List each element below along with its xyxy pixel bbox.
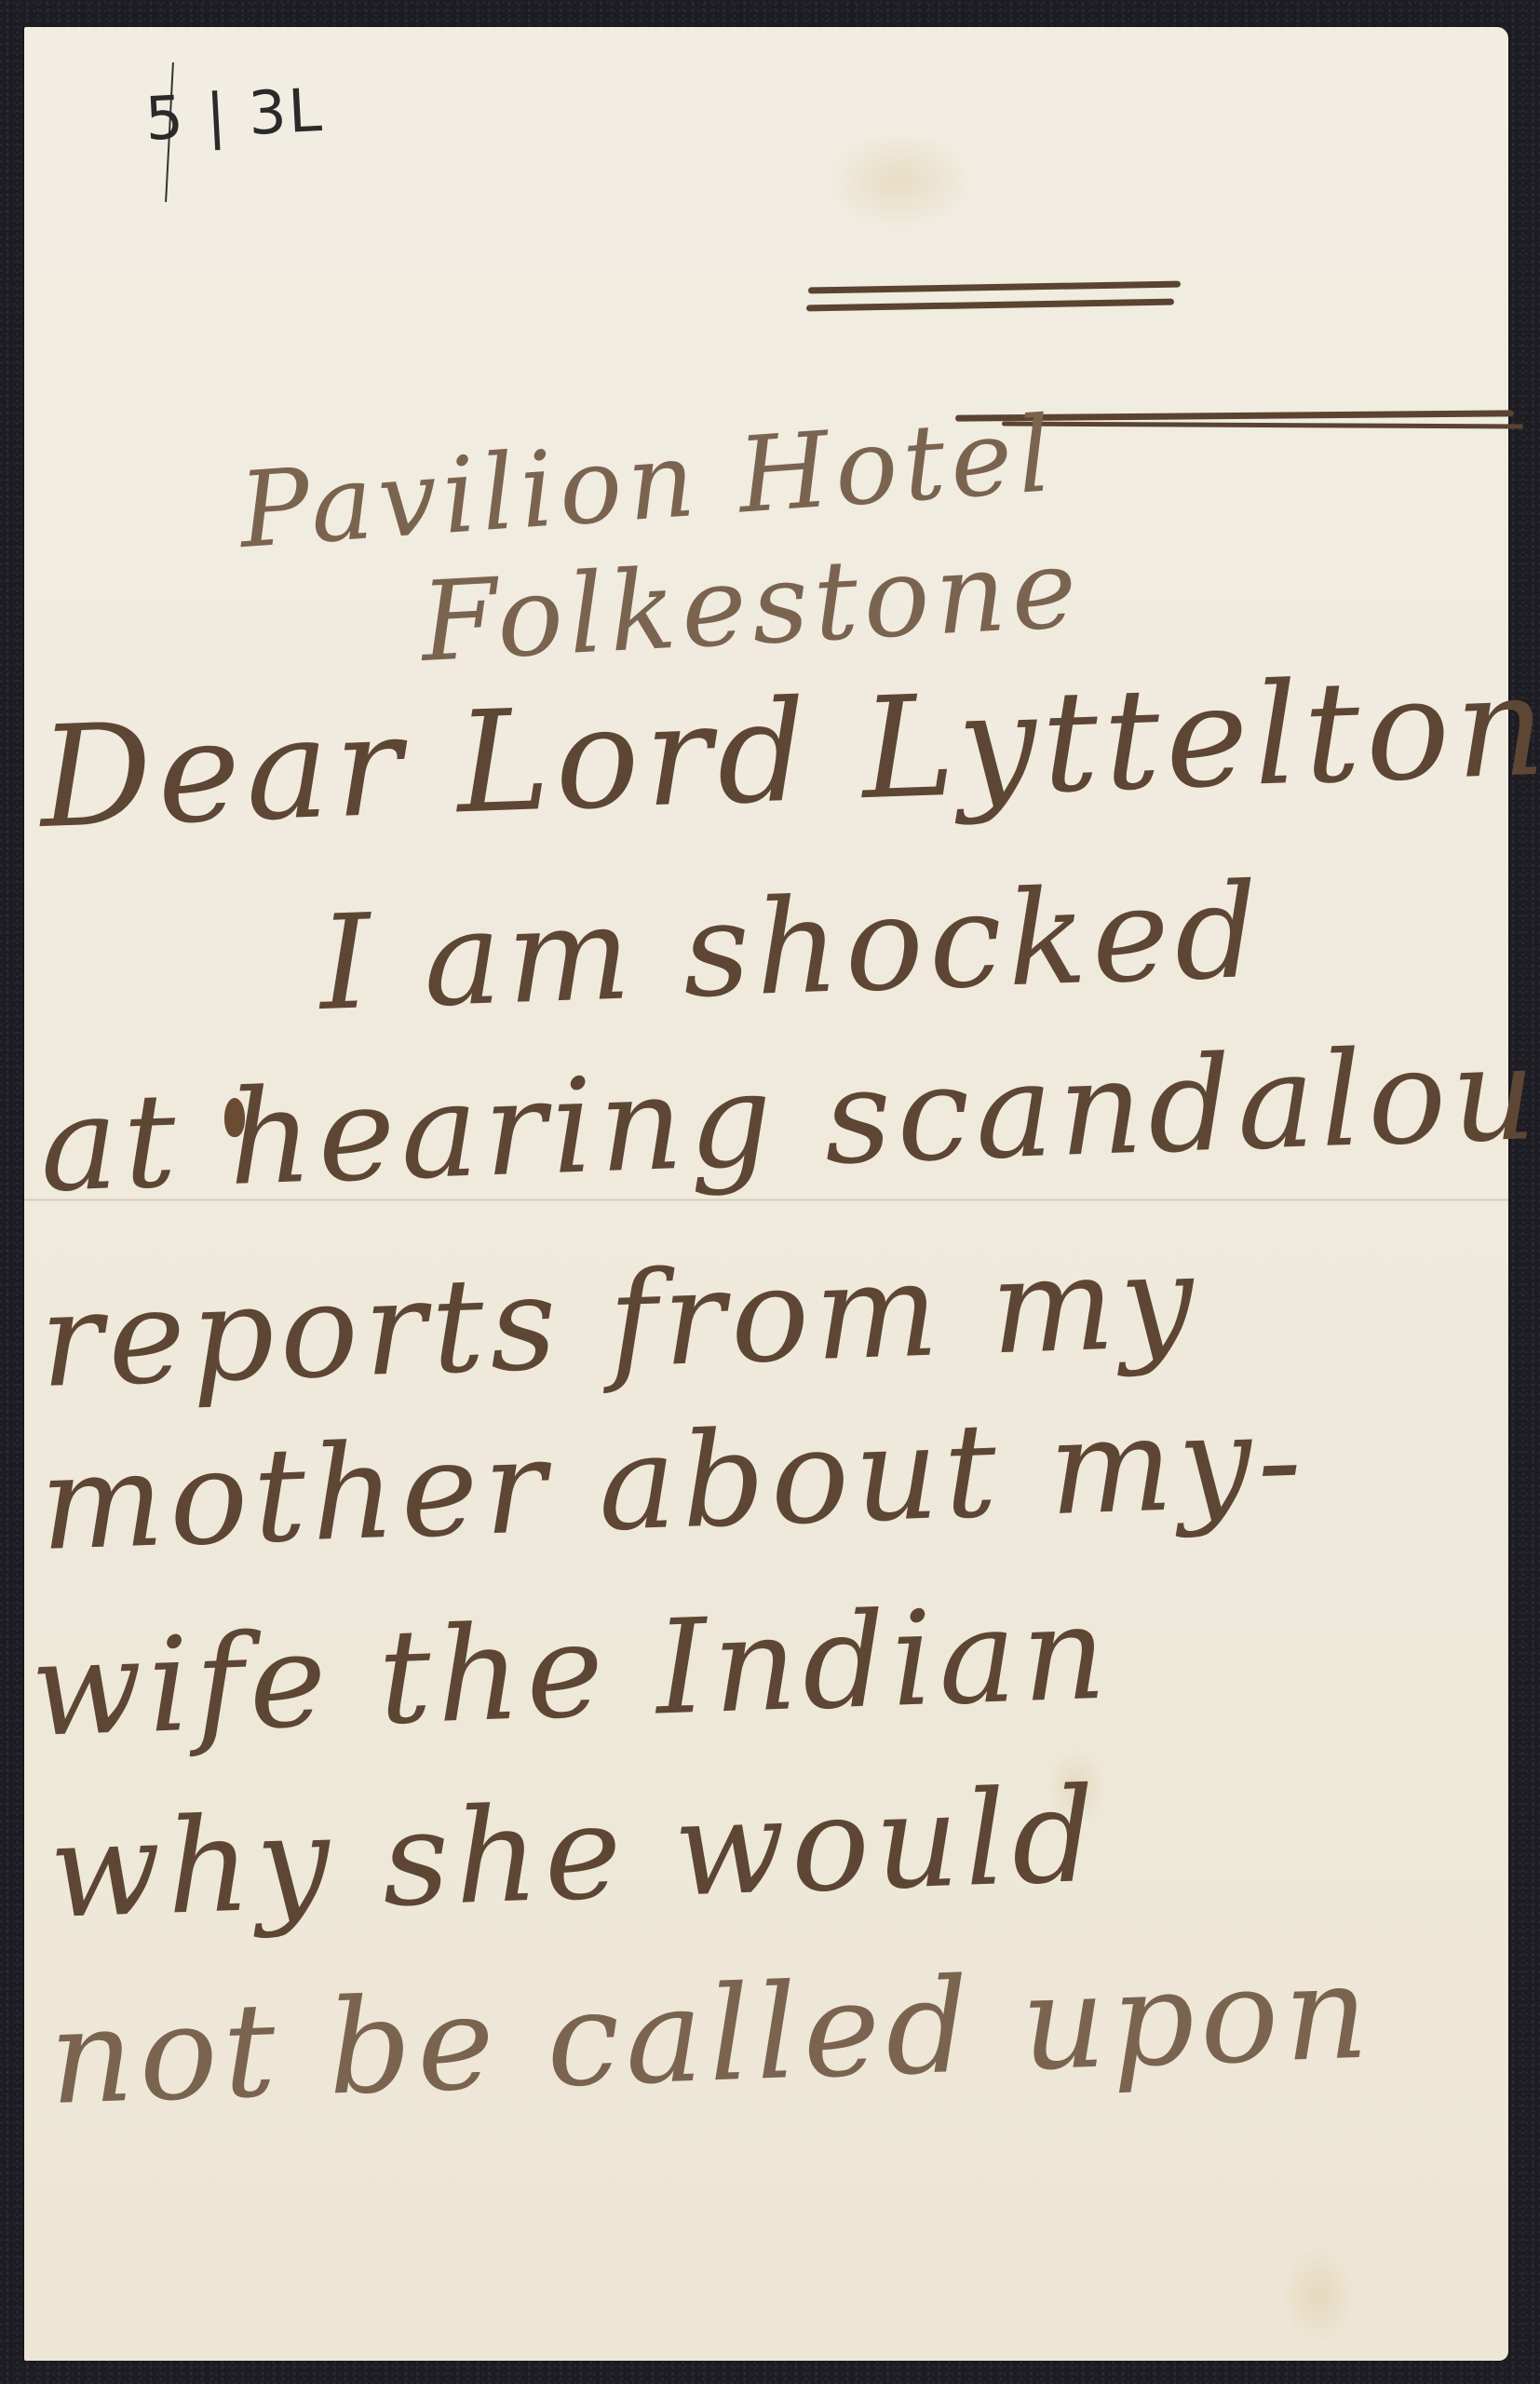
salutation: Dear Lord Lyttelton <box>37 644 1540 860</box>
letterhead-strikethrough <box>806 299 1174 312</box>
body-line: why she would <box>47 1760 1103 1948</box>
body-line: at hearing scandalous <box>37 1015 1540 1222</box>
paper-stain <box>1281 2243 1356 2346</box>
body-line: I am shocked <box>317 856 1266 1040</box>
body-line: wife the Indian <box>28 1578 1114 1767</box>
letterhead-strikethrough <box>808 281 1181 294</box>
body-line: mother about my- <box>37 1385 1309 1580</box>
letterhead-strikethrough <box>1002 422 1523 429</box>
letter-page: 5 | 3L Pavilion Hotel Folkestone Dear Lo… <box>24 27 1508 2361</box>
archive-reference: 5 | 3L <box>143 76 325 155</box>
body-line: reports from my <box>37 1226 1201 1417</box>
paper-stain <box>825 129 974 232</box>
body-line: not be called upon <box>47 1936 1376 2134</box>
ink-blot <box>224 1098 245 1137</box>
